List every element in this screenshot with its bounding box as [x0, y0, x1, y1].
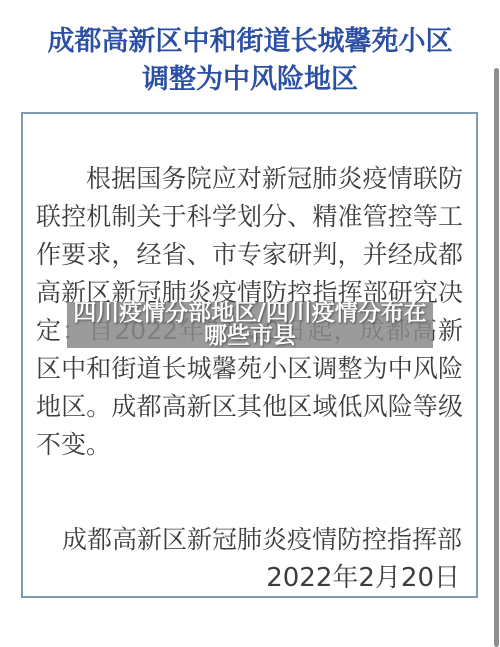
- headline-overlay-line2: 哪些市县: [67, 325, 433, 348]
- notice-paragraph: 根据国务院应对新冠肺炎疫情联防联控机制关于科学划分、精准管控等工作要求，经省、市…: [23, 114, 476, 464]
- notice-title-line2: 调整为中风险地区: [0, 61, 500, 99]
- headline-overlay: 四川疫情分部地区/四川疫情分布在 哪些市县: [67, 302, 433, 348]
- headline-overlay-line1: 四川疫情分部地区/四川疫情分布在: [67, 302, 433, 325]
- notice-signature: 成都高新区新冠肺炎疫情防控指挥部: [62, 520, 462, 556]
- notice-title-line1: 成都高新区中和街道长城馨苑小区: [0, 23, 500, 61]
- notice-page: 成都高新区中和街道长城馨苑小区 调整为中风险地区 根据国务院应对新冠肺炎疫情联防…: [0, 0, 500, 647]
- notice-body-box: 根据国务院应对新冠肺炎疫情联防联控机制关于科学划分、精准管控等工作要求，经省、市…: [21, 112, 478, 598]
- notice-date: 2022年2月20日: [266, 557, 460, 594]
- notice-title: 成都高新区中和街道长城馨苑小区 调整为中风险地区: [0, 0, 500, 99]
- scrollbar-thumb[interactable]: [494, 68, 499, 647]
